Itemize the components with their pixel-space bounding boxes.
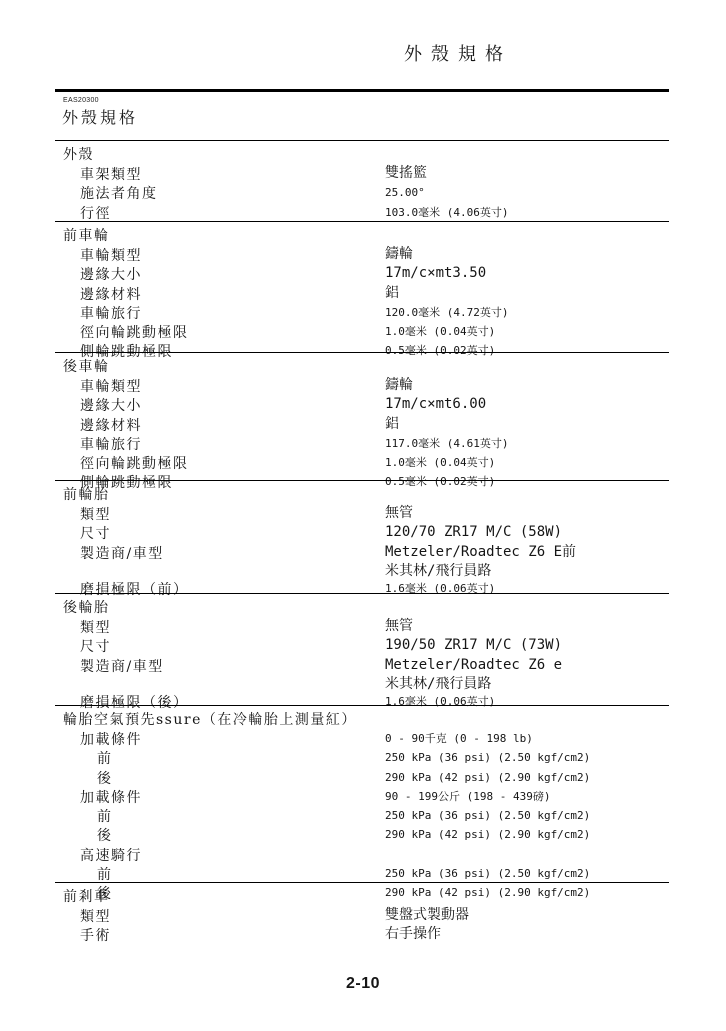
spec-value: 鑄輪 [385,377,413,394]
page-header-title: 外殼規格 [404,40,512,66]
spec-value: 250 kPa (36 psi) (2.50 kgf/cm2) [385,865,590,882]
spec-label: 尺寸 [55,526,111,543]
spec-value: 117.0毫米 (4.61英寸) [385,435,508,452]
spec-label: 手術 [55,928,111,945]
spec-value: 0 - 90千克 (0 - 198 lb) [385,730,533,747]
spec-value: 1.0毫米 (0.04英寸) [385,454,495,471]
header-divider-rule [55,89,669,92]
spec-row: 邊緣大小17m/c×mt3.50 [55,265,669,284]
spec-value: 1.0毫米 (0.04英寸) [385,323,495,340]
spec-row: 徑向輪跳動極限1.0毫米 (0.04英寸) [55,323,669,342]
section-title: 後輪胎 [55,599,669,618]
spec-label: 車輪旅行 [55,437,142,454]
spec-row: 類型無管 [55,618,669,637]
spec-value: 鋁 [385,416,399,433]
spec-row: 施法者角度25.00° [55,184,669,203]
spec-label: 車輪旅行 [55,306,142,323]
spec-value: 17m/c×mt3.50 [385,265,486,282]
spec-value: 190/50 ZR17 M/C (73W) [385,637,562,654]
spec-row: 邊緣材料鋁 [55,416,669,435]
spec-label: 類型 [55,507,111,524]
spec-value: 右手操作 [385,926,441,943]
manual-page: 外殼規格 EAS20300 外殼規格 外殼車架類型雙搖籃施法者角度25.00°行… [0,0,726,1031]
spec-value: 鋁 [385,285,399,302]
spec-label: 前 [55,751,113,768]
spec-value: 120.0毫米 (4.72英寸) [385,304,508,321]
spec-label: 加載條件 [55,790,142,807]
spec-label: 徑向輪跳動極限 [55,456,189,473]
spec-row: 米其林/飛行員路 [55,676,669,693]
spec-value: 無管 [385,505,413,522]
spec-row: 行徑103.0毫米 (4.06英寸) [55,204,669,223]
spec-label: 徑向輪跳動極限 [55,325,189,342]
spec-label: 邊緣材料 [55,418,142,435]
spec-label: 施法者角度 [55,186,158,203]
spec-row: 加載條件90 - 199公斤 (198 - 439磅) [55,788,669,807]
spec-value: 290 kPa (42 psi) (2.90 kgf/cm2) [385,826,590,843]
spec-label: 後 [55,828,113,845]
spec-label: 邊緣大小 [55,267,142,284]
spec-row: 高速騎行 [55,846,669,865]
spec-label: 後 [55,771,113,788]
spec-label: 類型 [55,620,111,637]
spec-section: 後車輪車輪類型鑄輪邊緣大小17m/c×mt6.00邊緣材料鋁車輪旅行117.0毫… [55,352,669,493]
spec-row: 後290 kPa (42 psi) (2.90 kgf/cm2) [55,826,669,845]
page-title: 外殼規格 [62,105,138,128]
spec-row: 邊緣材料鋁 [55,285,669,304]
spec-value: 290 kPa (42 psi) (2.90 kgf/cm2) [385,769,590,786]
spec-value: 雙盤式製動器 [385,907,469,924]
spec-value: Metzeler/Roadtec Z6 E前 [385,544,576,561]
spec-row: 車架類型雙搖籃 [55,165,669,184]
section-title: 前車輪 [55,227,669,246]
spec-value: 103.0毫米 (4.06英寸) [385,204,508,221]
section-title: 後車輪 [55,358,669,377]
spec-row: 車輪類型鑄輪 [55,246,669,265]
spec-value: 無管 [385,618,413,635]
spec-row: 車輪類型鑄輪 [55,377,669,396]
spec-row: 手術右手操作 [55,926,669,945]
spec-section: 外殼車架類型雙搖籃施法者角度25.00°行徑103.0毫米 (4.06英寸) [55,140,669,223]
spec-row: 類型雙盤式製動器 [55,907,669,926]
spec-row: 邊緣大小17m/c×mt6.00 [55,396,669,415]
spec-value: 120/70 ZR17 M/C (58W) [385,524,562,541]
spec-label: 車架類型 [55,167,142,184]
spec-value: 250 kPa (36 psi) (2.50 kgf/cm2) [385,807,590,824]
spec-row: 製造商/車型Metzeler/Roadtec Z6 e [55,657,669,676]
spec-row: 前250 kPa (36 psi) (2.50 kgf/cm2) [55,749,669,768]
spec-section: 前車輪車輪類型鑄輪邊緣大小17m/c×mt3.50邊緣材料鋁車輪旅行120.0毫… [55,221,669,362]
section-title: 外殼 [55,146,669,165]
spec-row: 類型無管 [55,505,669,524]
spec-row: 加載條件0 - 90千克 (0 - 198 lb) [55,730,669,749]
spec-row: 前250 kPa (36 psi) (2.50 kgf/cm2) [55,807,669,826]
spec-row: 車輪旅行117.0毫米 (4.61英寸) [55,435,669,454]
spec-value: 17m/c×mt6.00 [385,396,486,413]
spec-row: 尺寸190/50 ZR17 M/C (73W) [55,637,669,656]
spec-value: 90 - 199公斤 (198 - 439磅) [385,788,550,805]
section-title: 前輪胎 [55,486,669,505]
spec-value: Metzeler/Roadtec Z6 e [385,657,562,674]
spec-label: 加載條件 [55,732,142,749]
spec-label: 車輪類型 [55,379,142,396]
spec-row: 尺寸120/70 ZR17 M/C (58W) [55,524,669,543]
spec-value: 米其林/飛行員路 [385,676,491,693]
spec-label: 車輪類型 [55,248,142,265]
spec-row: 後290 kPa (42 psi) (2.90 kgf/cm2) [55,769,669,788]
spec-section: 後輪胎類型無管尺寸190/50 ZR17 M/C (73W)製造商/車型Metz… [55,593,669,712]
spec-value: 雙搖籃 [385,165,427,182]
spec-row: 徑向輪跳動極限1.0毫米 (0.04英寸) [55,454,669,473]
spec-label: 製造商/車型 [55,546,164,563]
spec-label: 前 [55,809,113,826]
spec-section: 輪胎空氣預先ssure（在冷輪胎上測量紅）加載條件0 - 90千克 (0 - 1… [55,705,669,904]
document-code: EAS20300 [63,97,99,104]
spec-row: 車輪旅行120.0毫米 (4.72英寸) [55,304,669,323]
spec-section: 前輪胎類型無管尺寸120/70 ZR17 M/C (58W)製造商/車型Metz… [55,480,669,599]
footer-page-number: 2-10 [0,975,726,993]
spec-value: 250 kPa (36 psi) (2.50 kgf/cm2) [385,749,590,766]
spec-section: 前剎車類型雙盤式製動器手術右手操作 [55,882,669,946]
spec-label: 尺寸 [55,639,111,656]
spec-row: 製造商/車型Metzeler/Roadtec Z6 E前 [55,544,669,563]
spec-label: 製造商/車型 [55,659,164,676]
spec-value: 米其林/飛行員路 [385,563,491,580]
spec-row: 米其林/飛行員路 [55,563,669,580]
section-title: 輪胎空氣預先ssure（在冷輪胎上測量紅） [55,711,669,730]
spec-label: 類型 [55,909,111,926]
spec-label: 高速騎行 [55,848,142,865]
spec-value: 25.00° [385,184,425,201]
spec-label: 邊緣大小 [55,398,142,415]
spec-value: 鑄輪 [385,246,413,263]
spec-label: 邊緣材料 [55,287,142,304]
section-title: 前剎車 [55,888,669,907]
